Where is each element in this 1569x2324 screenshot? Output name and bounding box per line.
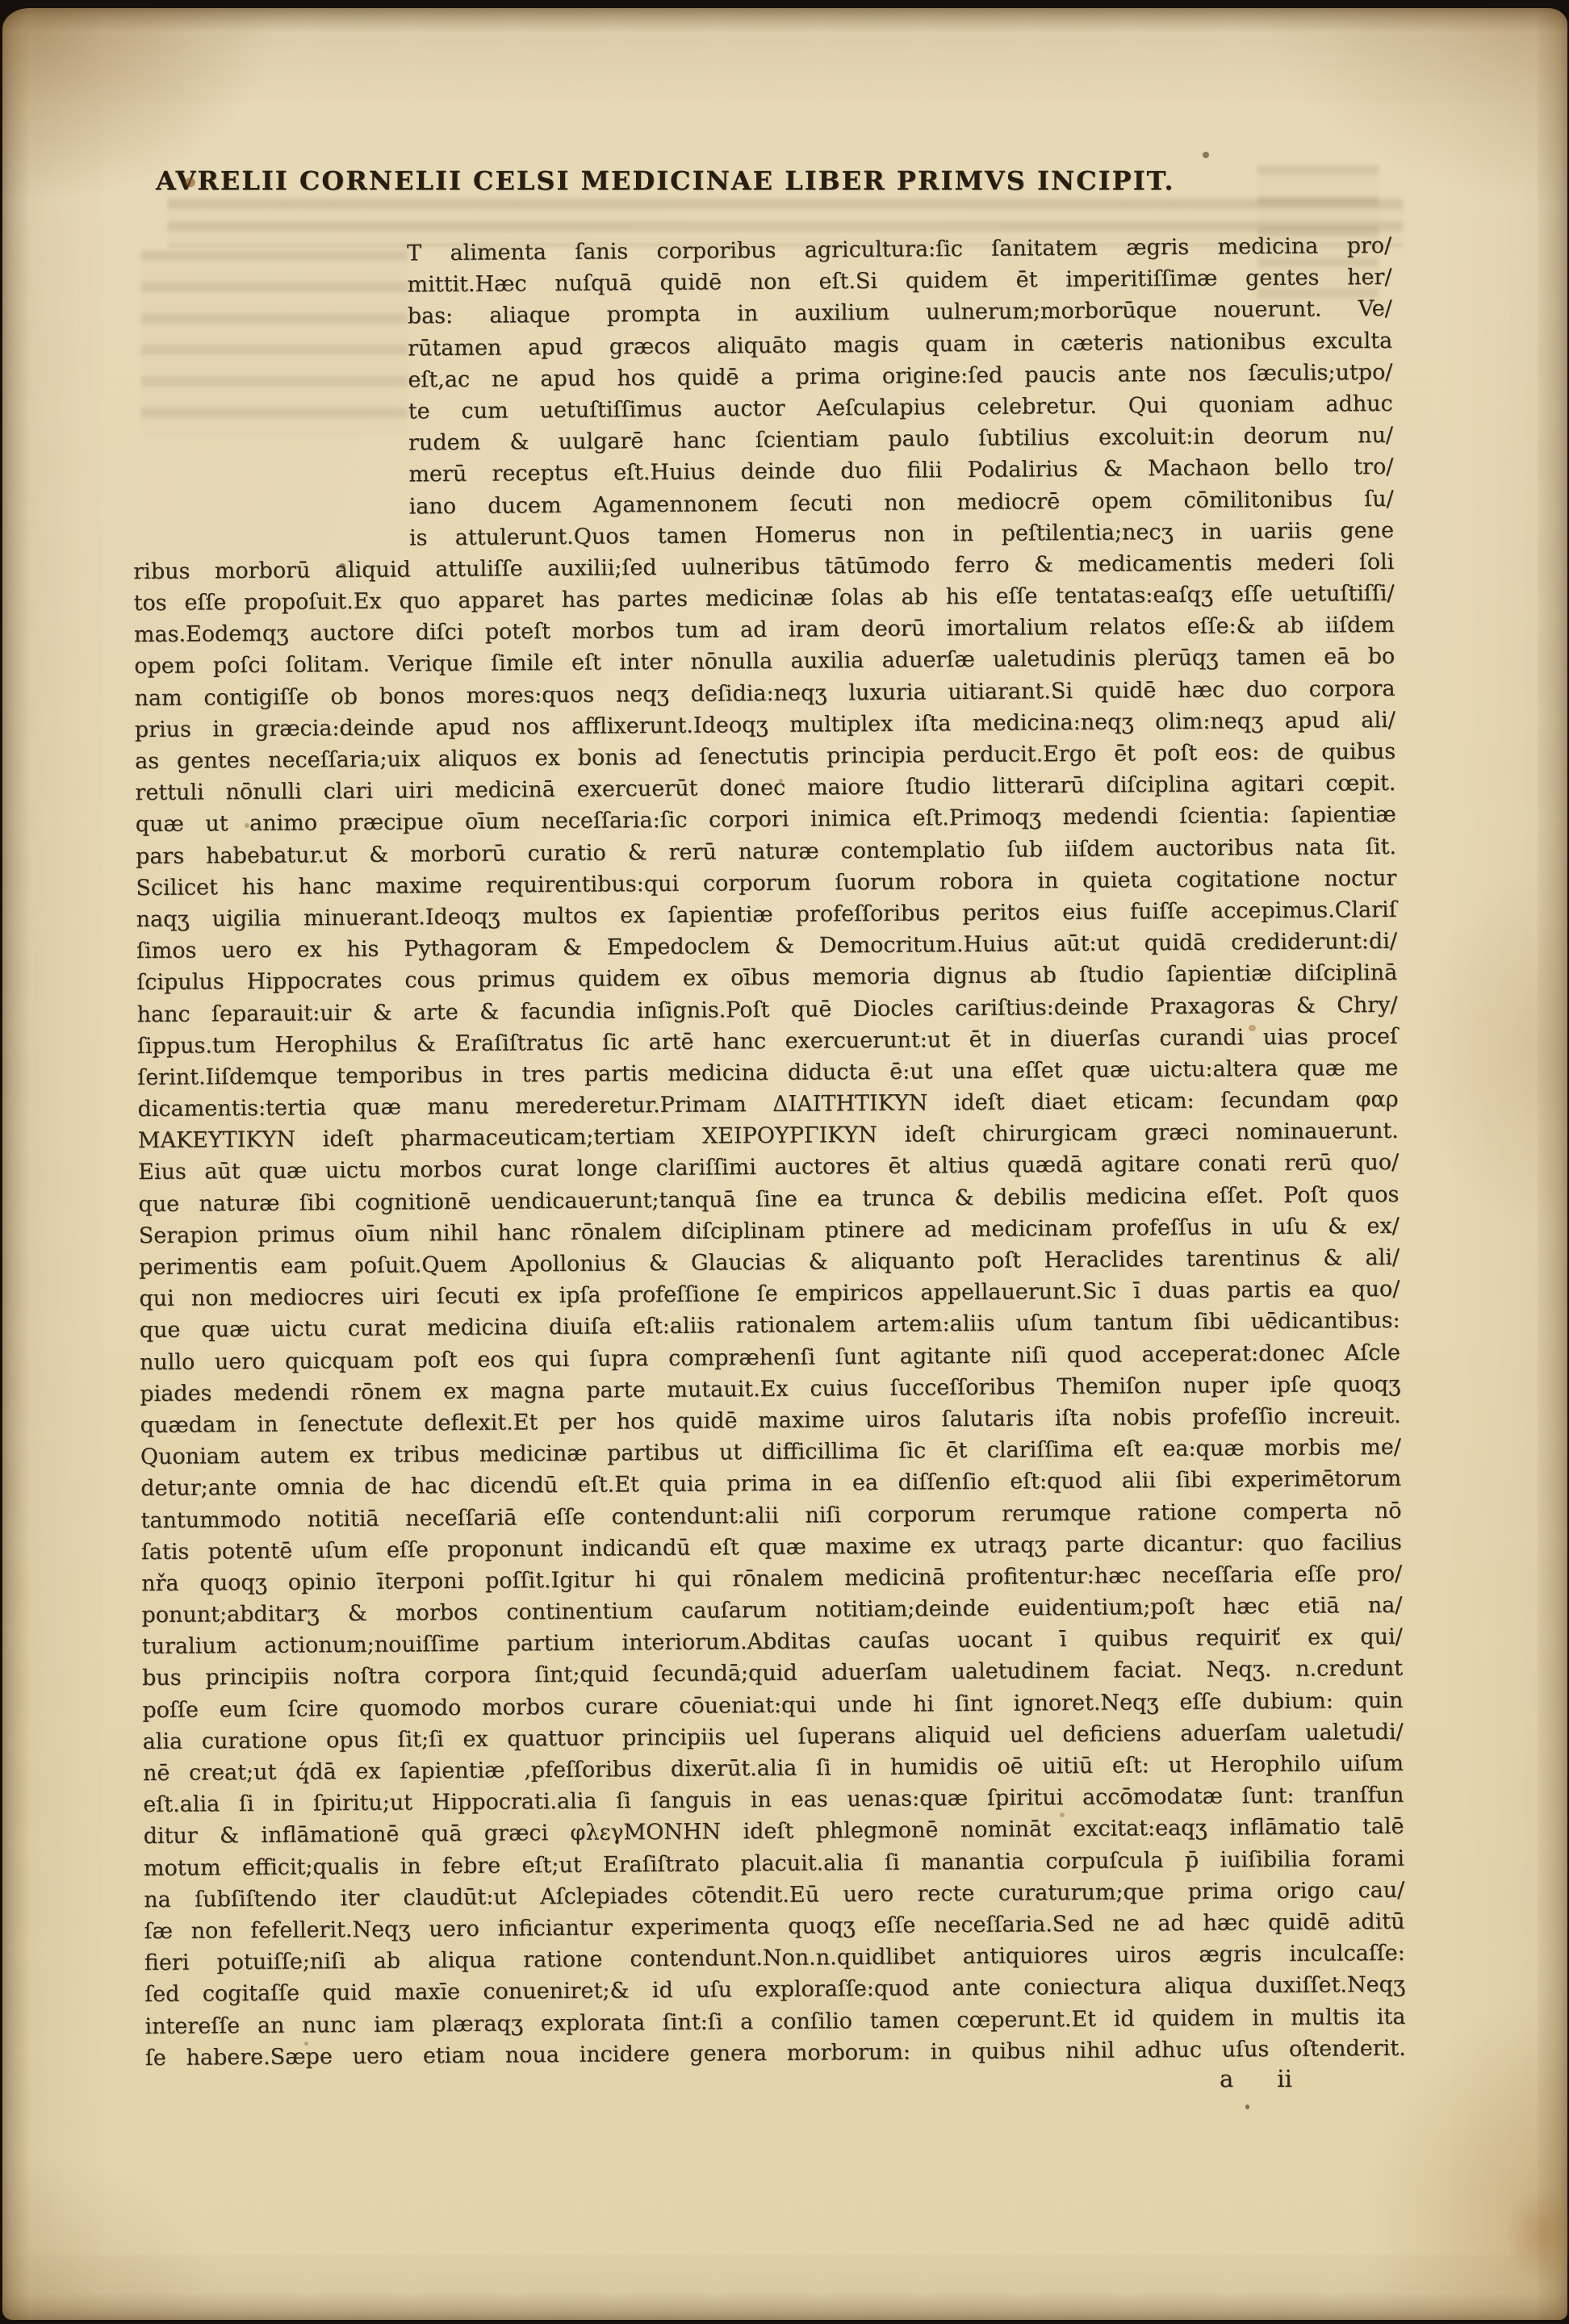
quire-signature: a ii: [1220, 2067, 1292, 2091]
paper-speck: [1505, 2187, 1569, 2284]
text-block: T alimenta ſanis corporibus agricultura:…: [131, 230, 1406, 2074]
paper-speck: [1245, 2105, 1249, 2109]
page-title: AVRELII CORNELII CELSI MEDICINAE LIBER P…: [156, 166, 1174, 196]
signature-letter: a: [1220, 2067, 1233, 2091]
signature-numeral: ii: [1277, 2067, 1292, 2091]
book-page: AVRELII CORNELII CELSI MEDICINAE LIBER P…: [2, 8, 1567, 2320]
book-photo: AVRELII CORNELII CELSI MEDICINAE LIBER P…: [0, 0, 1569, 2324]
paper-speck: [1203, 152, 1209, 158]
